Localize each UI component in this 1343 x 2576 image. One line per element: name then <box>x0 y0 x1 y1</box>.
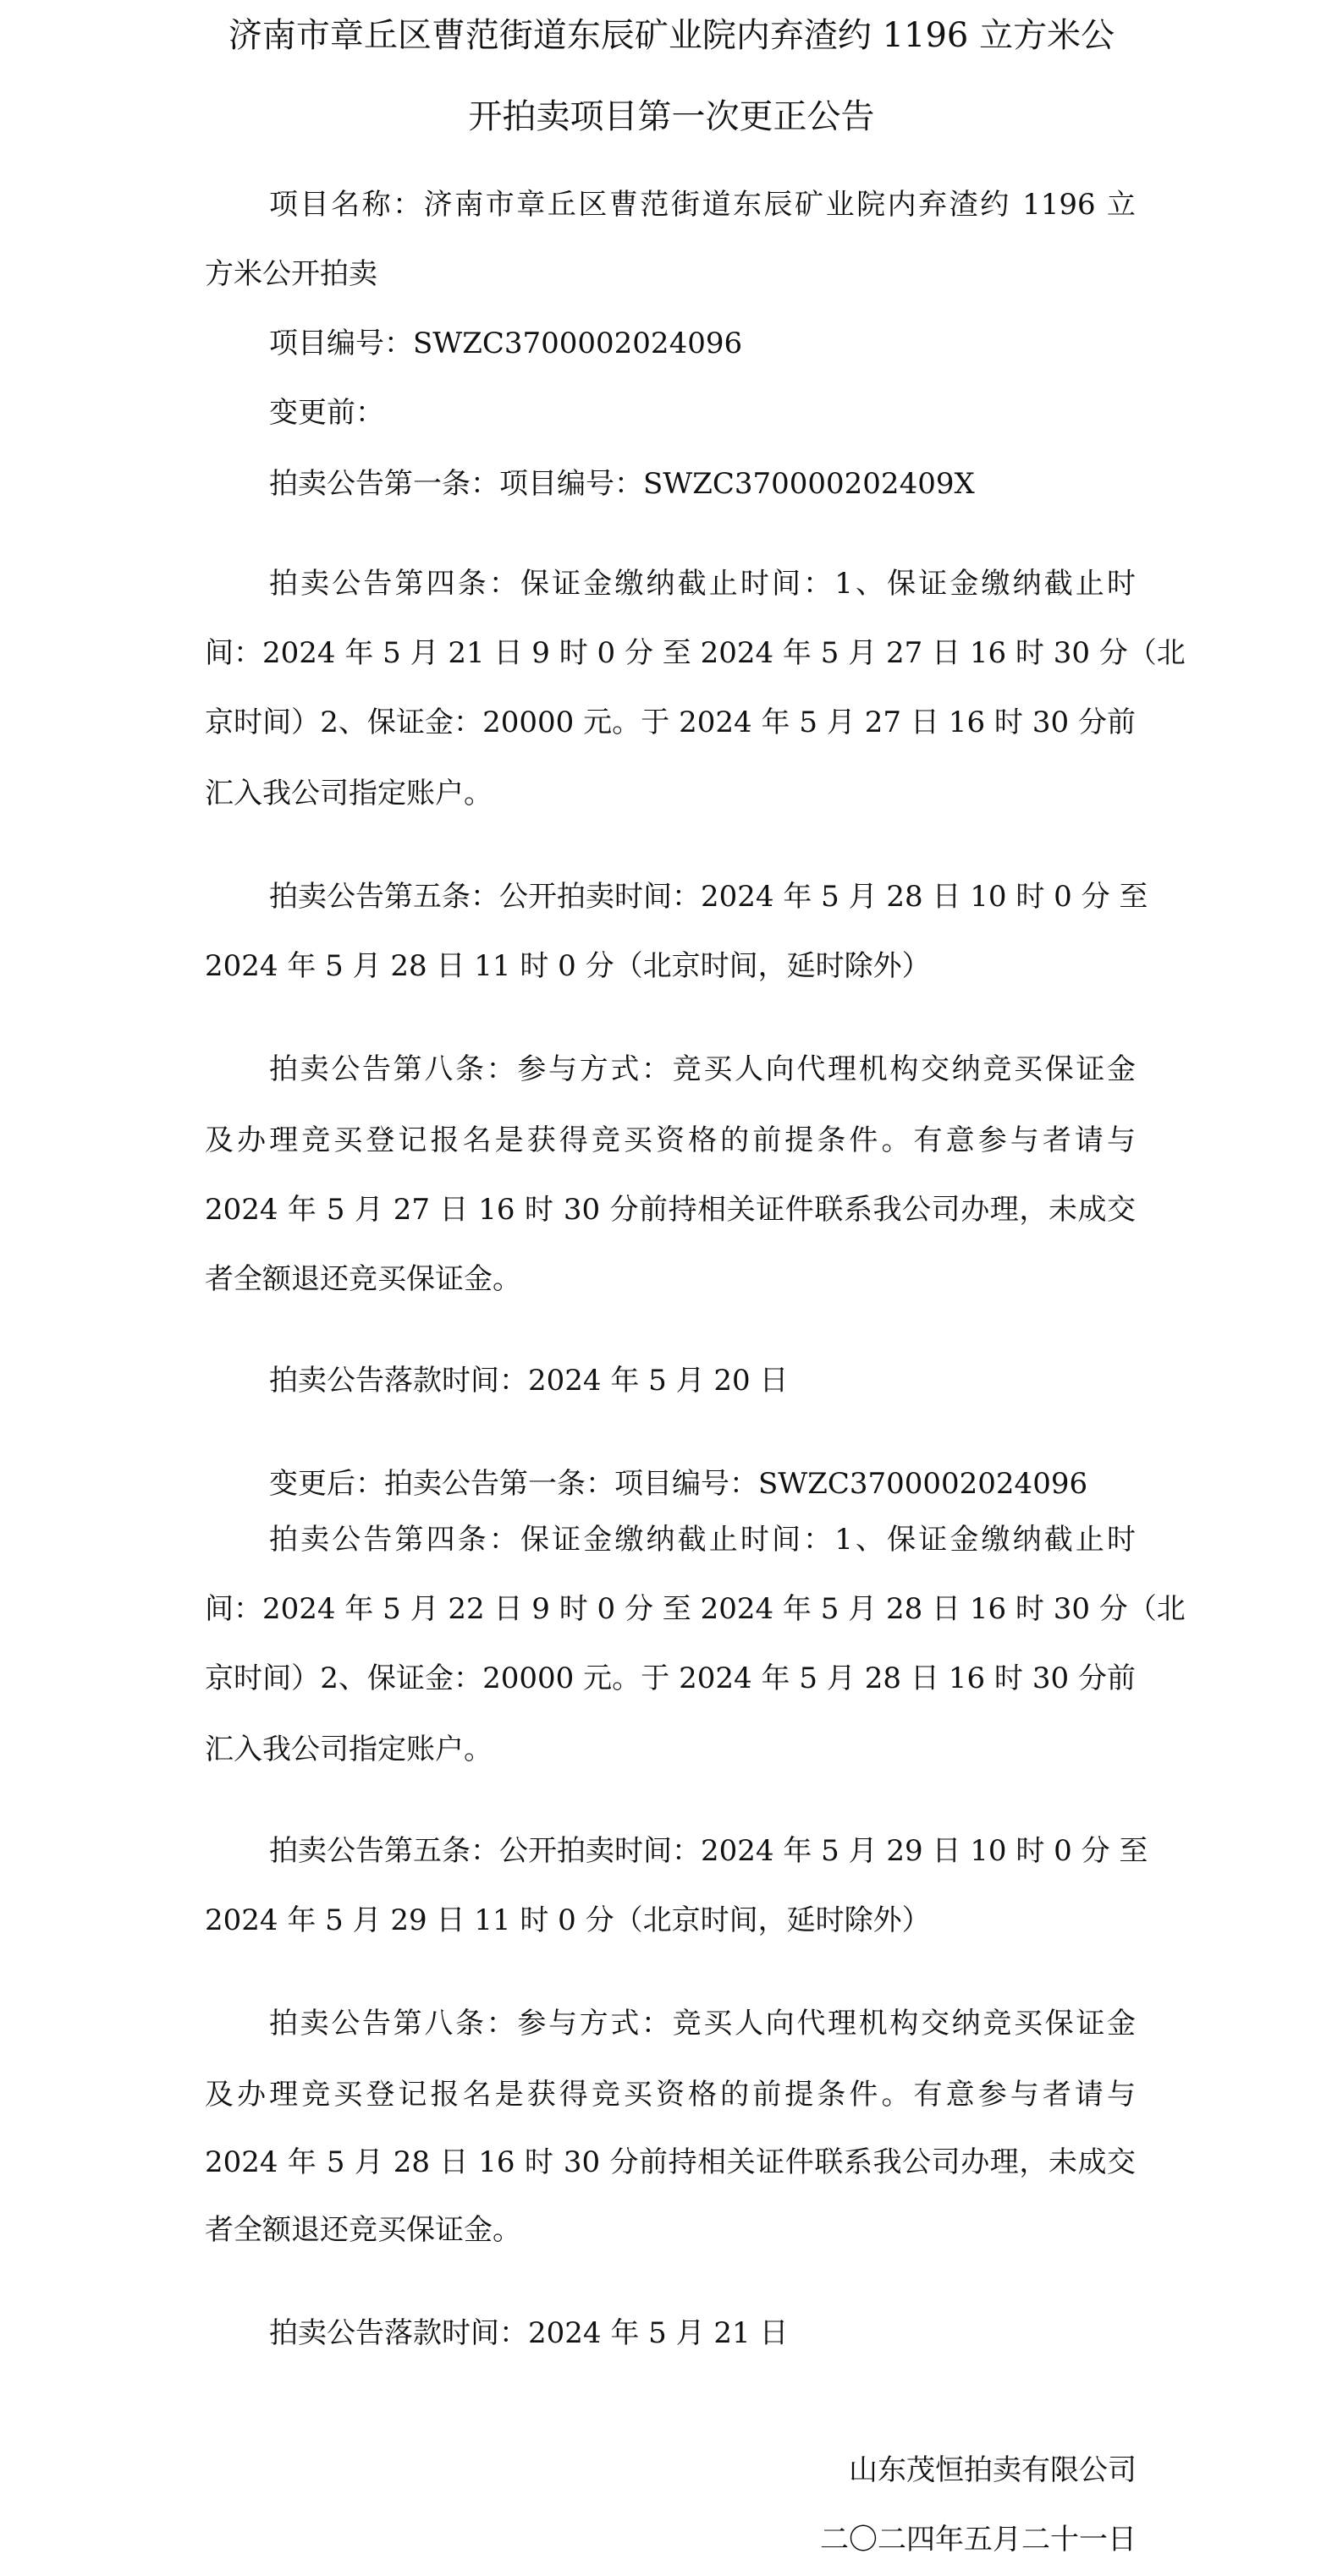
before-article8-line1: 拍卖公告第八条：参与方式：竞买人向代理机构交纳竞买保证金 <box>269 1049 1136 1090</box>
after-article4-line1: 拍卖公告第四条：保证金缴纳截止时间：1、保证金缴纳截止时 <box>269 1519 1136 1560</box>
project-number: 项目编号：SWZC3700002024096 <box>269 323 1136 364</box>
after-article4-line4: 汇入我公司指定账户。 <box>205 1729 1136 1770</box>
after-article8-line4: 者全额退还竞买保证金。 <box>205 2210 1136 2250</box>
signature-date: 二〇二四年五月二十一日 <box>820 2519 1137 2560</box>
before-article4-line1: 拍卖公告第四条：保证金缴纳截止时间：1、保证金缴纳截止时 <box>269 563 1136 604</box>
after-article4-line2: 间：2024 年 5 月 22 日 9 时 0 分 至 2024 年 5 月 2… <box>205 1589 1136 1629</box>
after-article5-line1: 拍卖公告第五条：公开拍卖时间：2024 年 5 月 29 日 10 时 0 分 … <box>269 1831 1136 1871</box>
after-article8-line2: 及办理竞买登记报名是获得竞买资格的前提条件。有意参与者请与 <box>205 2074 1136 2115</box>
document-title-line1: 济南市章丘区曹范街道东辰矿业院内弃渣约 1196 立方米公 <box>0 12 1343 59</box>
before-article4-line3: 京时间）2、保证金：20000 元。于 2024 年 5 月 27 日 16 时… <box>205 702 1136 743</box>
before-article1: 拍卖公告第一条：项目编号：SWZC370000202409X <box>269 464 1136 504</box>
before-article5-line1: 拍卖公告第五条：公开拍卖时间：2024 年 5 月 28 日 10 时 0 分 … <box>269 876 1136 917</box>
after-article8-line3: 2024 年 5 月 28 日 16 时 30 分前持相关证件联系我公司办理，未… <box>205 2142 1136 2183</box>
after-signing-date: 拍卖公告落款时间：2024 年 5 月 21 日 <box>269 2313 1136 2354</box>
before-article4-line2: 间：2024 年 5 月 21 日 9 时 0 分 至 2024 年 5 月 2… <box>205 633 1136 673</box>
before-label: 变更前： <box>269 393 1136 433</box>
after-article5-line2: 2024 年 5 月 29 日 11 时 0 分（北京时间，延时除外） <box>205 1900 1136 1941</box>
before-article8-line3: 2024 年 5 月 27 日 16 时 30 分前持相关证件联系我公司办理，未… <box>205 1189 1136 1230</box>
before-signing-date: 拍卖公告落款时间：2024 年 5 月 20 日 <box>269 1360 1136 1401</box>
project-name-line2: 方米公开拍卖 <box>205 254 1136 294</box>
before-article5-line2: 2024 年 5 月 28 日 11 时 0 分（北京时间，延时除外） <box>205 946 1136 986</box>
document-title-line2: 开拍卖项目第一次更正公告 <box>0 93 1343 140</box>
after-article8-line1: 拍卖公告第八条：参与方式：竞买人向代理机构交纳竞买保证金 <box>269 2003 1136 2044</box>
before-article8-line2: 及办理竞买登记报名是获得竞买资格的前提条件。有意参与者请与 <box>205 1120 1136 1161</box>
before-article4-line4: 汇入我公司指定账户。 <box>205 773 1136 814</box>
signature-company: 山东茂恒拍卖有限公司 <box>849 2450 1137 2491</box>
after-article4-line3: 京时间）2、保证金：20000 元。于 2024 年 5 月 28 日 16 时… <box>205 1658 1136 1699</box>
before-article8-line4: 者全额退还竞买保证金。 <box>205 1259 1136 1299</box>
after-label-article1: 变更后：拍卖公告第一条：项目编号：SWZC3700002024096 <box>269 1464 1136 1504</box>
project-name-line1: 项目名称：济南市章丘区曹范街道东辰矿业院内弃渣约 1196 立 <box>269 184 1136 225</box>
